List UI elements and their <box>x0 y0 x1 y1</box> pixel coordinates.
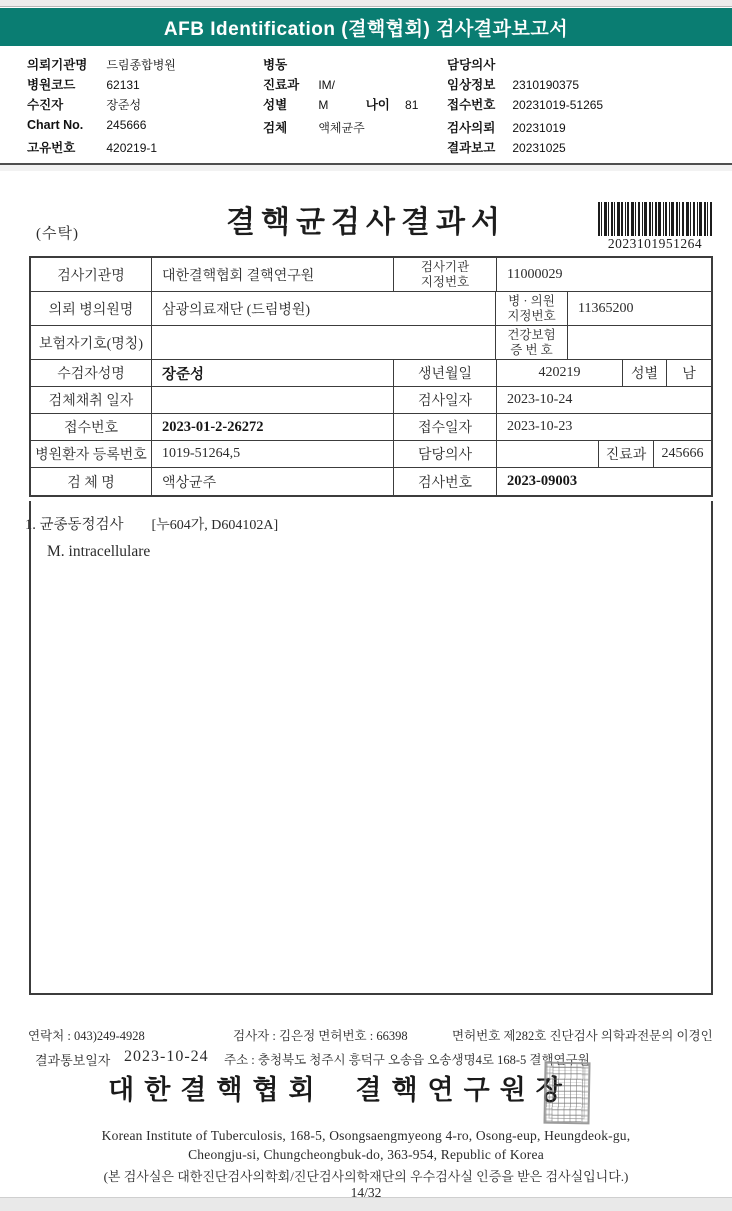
cell-label: 접수번호 <box>31 414 152 440</box>
field-label: 고유번호 <box>27 138 103 156</box>
field-accession-no: 접수번호 20231019-51265 <box>447 95 603 113</box>
cell-value: 420219 <box>497 360 623 386</box>
cell-label: 검 체 명 <box>31 468 152 495</box>
field-label: 접수번호 <box>447 95 509 113</box>
top-strip <box>0 0 732 7</box>
report-page: AFB Identification (결핵협회) 검사결과보고서 의뢰기관명 … <box>0 0 732 1211</box>
footer-contact: 연락처 : 043)249-4928 <box>28 1026 145 1044</box>
document-info-table: 검사기관명 대한결핵협회 결핵연구원 검사기관 지정번호 11000029 의뢰… <box>29 256 713 497</box>
footer-license: 면허번호 제282호 진단검사 의학과전문의 이경인 <box>452 1026 713 1044</box>
result-organism: M. intracellulare <box>47 543 150 561</box>
field-sex-age: 성별 M 나이 81 <box>263 95 418 113</box>
field-label: 결과보고 <box>447 138 509 156</box>
cell-value <box>152 387 394 413</box>
field-value: 드림종합병원 <box>106 58 176 72</box>
field-patient-name: 수진자 장준성 <box>27 95 141 113</box>
field-label: Chart No. <box>27 118 103 132</box>
bottom-strip <box>0 1197 732 1211</box>
field-value: IM/ <box>318 78 335 92</box>
cell-label: 검사일자 <box>394 387 497 413</box>
table-row: 검체채취 일자 검사일자 2023-10-24 <box>31 387 711 414</box>
field-value: 장준성 <box>106 98 141 112</box>
result-box: 1. 균종동정검사[누604가, D604102A] M. intracellu… <box>29 501 713 995</box>
field-clinical-info: 임상정보 2310190375 <box>447 75 579 93</box>
cell-value: 11365200 <box>568 292 711 325</box>
field-value: 420219-1 <box>106 141 157 155</box>
field-requesting-org: 의뢰기관명 드림종합병원 <box>27 55 176 73</box>
field-value: 2310190375 <box>512 78 579 92</box>
report-date-label: 결과통보일자 <box>35 1050 110 1069</box>
cell-value: 남 <box>667 360 711 386</box>
table-row: 검 체 명 액상균주 검사번호 2023-09003 <box>31 468 711 495</box>
cell-value <box>568 326 711 359</box>
barcode-icon <box>598 202 712 236</box>
cell-label: 검사기관명 <box>31 258 152 291</box>
scanned-document: (수탁) 결핵균검사결과서 <box>0 171 732 1021</box>
footer-address: 주소 : 충청북도 청주시 흥덕구 오송읍 오송생명4로 168-5 결핵연구원 <box>224 1050 590 1068</box>
cell-label: 의뢰 병의원명 <box>31 292 152 325</box>
cell-label: 보험자기호(명칭) <box>31 326 152 359</box>
cell-label: 병원환자 등록번호 <box>31 441 152 467</box>
field-department: 진료과 IM/ <box>263 75 335 93</box>
cell-label: 수검자성명 <box>31 360 152 386</box>
table-row: 검사기관명 대한결핵협회 결핵연구원 검사기관 지정번호 11000029 <box>31 258 711 292</box>
cell-label: 검사기관 지정번호 <box>394 258 497 291</box>
field-value-age: 81 <box>405 98 418 112</box>
table-row: 접수번호 2023-01-2-26272 접수일자 2023-10-23 <box>31 414 711 441</box>
result-test-name: 1. 균종동정검사 <box>25 517 124 533</box>
table-row: 수검자성명 장준성 생년월일 420219 성별 남 <box>31 360 711 387</box>
field-value: 62131 <box>106 78 139 92</box>
field-label: 병동 <box>263 55 315 73</box>
report-date-value: 2023-10-24 <box>124 1048 209 1066</box>
cell-value: 1019-51264,5 <box>152 441 394 467</box>
field-label: 성별 <box>263 95 315 113</box>
field-label: 진료과 <box>263 75 315 93</box>
field-value: 액체균주 <box>318 121 364 135</box>
field-label-age: 나이 <box>366 95 402 113</box>
field-label: 검사의뢰 <box>447 118 509 136</box>
field-order-date: 검사의뢰 20231019 <box>447 118 566 136</box>
cell-value: 삼광의료재단 (드림병원) <box>152 292 496 325</box>
cell-value <box>497 441 599 467</box>
field-ward: 병동 <box>263 55 315 73</box>
cell-label: 검체채취 일자 <box>31 387 152 413</box>
field-label: 임상정보 <box>447 75 509 93</box>
table-row: 병원환자 등록번호 1019-51264,5 담당의사 진료과 245666 <box>31 441 711 468</box>
cell-label: 접수일자 <box>394 414 497 440</box>
accreditation-note: (본 검사실은 대한진단검사의학회/진단검사의학재단의 우수검사실 인증을 받은… <box>0 1166 732 1185</box>
field-value-sex: M <box>318 98 362 112</box>
result-test-line: 1. 균종동정검사[누604가, D604102A] <box>25 513 278 534</box>
field-value: 20231025 <box>512 141 565 155</box>
cell-label: 성별 <box>623 360 667 386</box>
cell-value: 245666 <box>654 441 711 467</box>
cell-label: 검사번호 <box>394 468 497 495</box>
cell-value: 11000029 <box>497 258 711 291</box>
field-label: 담당의사 <box>447 55 509 73</box>
cell-value: 2023-10-23 <box>497 414 711 440</box>
report-title-bar: AFB Identification (결핵협회) 검사결과보고서 <box>0 8 732 46</box>
field-result-date: 결과보고 20231025 <box>447 138 566 156</box>
field-unique-no: 고유번호 420219-1 <box>27 138 157 156</box>
barcode-number: 2023101951264 <box>598 236 712 252</box>
cell-label: 건강보험 증 번 호 <box>496 326 568 359</box>
official-seal-inner <box>549 1067 586 1120</box>
field-specimen: 검체 액체균주 <box>263 118 365 136</box>
field-label: 수진자 <box>27 95 103 113</box>
field-chart-no: Chart No. 245666 <box>27 118 146 132</box>
institute-address-en-1: Korean Institute of Tuberculosis, 168-5,… <box>0 1128 732 1144</box>
field-doctor: 담당의사 <box>447 55 509 73</box>
cell-value: 2023-10-24 <box>497 387 711 413</box>
field-value: 245666 <box>106 118 146 132</box>
cell-label: 진료과 <box>599 441 654 467</box>
cell-value: 2023-01-2-26272 <box>152 414 394 440</box>
field-hospital-code: 병원코드 62131 <box>27 75 140 93</box>
barcode-block: 2023101951264 <box>598 202 712 252</box>
report-title: AFB Identification (결핵협회) 검사결과보고서 <box>164 14 568 41</box>
result-test-code: [누604가, D604102A] <box>152 518 279 533</box>
field-value: 20231019-51265 <box>512 98 603 112</box>
table-row: 보험자기호(명칭) 건강보험 증 번 호 <box>31 326 711 360</box>
cell-label: 병 · 의원 지정번호 <box>496 292 568 325</box>
field-label: 병원코드 <box>27 75 103 93</box>
cell-value <box>152 326 496 359</box>
cell-label: 담당의사 <box>394 441 497 467</box>
cell-label: 생년월일 <box>394 360 497 386</box>
table-row: 의뢰 병의원명 삼광의료재단 (드림병원) 병 · 의원 지정번호 113652… <box>31 292 711 326</box>
cell-value: 2023-09003 <box>497 468 711 495</box>
cell-value: 장준성 <box>152 360 394 386</box>
footer-examiner: 검사자 : 김은정 면허번호 : 66398 <box>233 1026 408 1044</box>
field-label: 의뢰기관명 <box>27 55 103 73</box>
institute-address-en-2: Cheongju-si, Chungcheongbuk-do, 363-954,… <box>0 1147 732 1163</box>
field-label: 검체 <box>263 118 315 136</box>
cell-value: 대한결핵협회 결핵연구원 <box>152 258 394 291</box>
cell-value: 액상균주 <box>152 468 394 495</box>
official-seal-stamp <box>543 1062 590 1125</box>
field-value: 20231019 <box>512 121 565 135</box>
